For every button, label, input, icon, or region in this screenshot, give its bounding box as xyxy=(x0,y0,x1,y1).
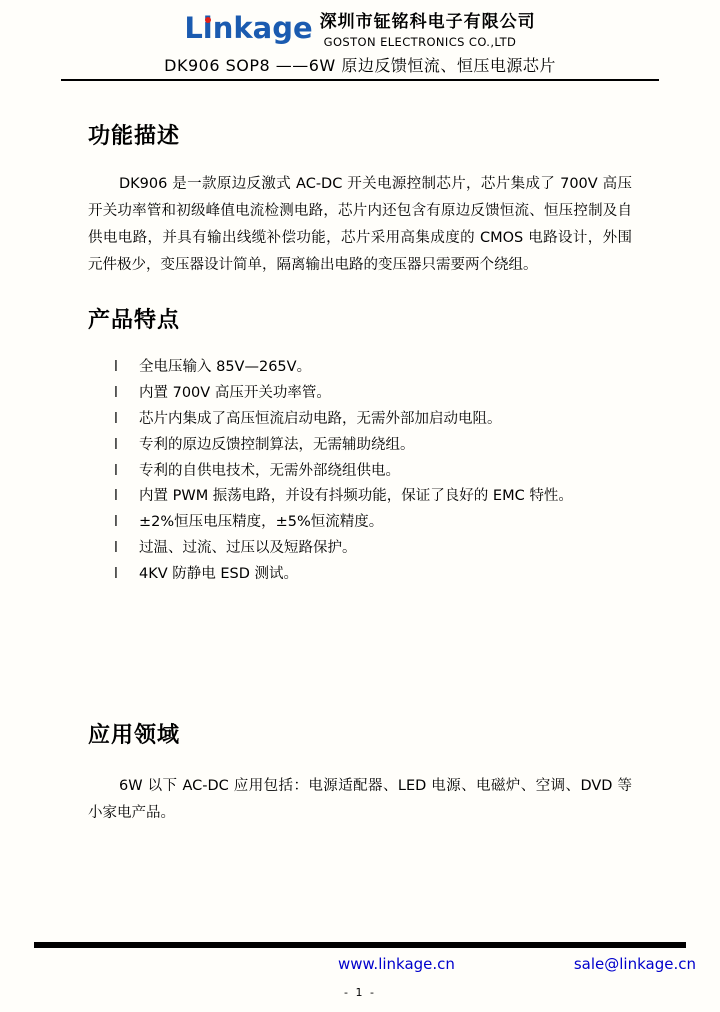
company-name-en: GOSTON ELECTRONICS CO.,LTD xyxy=(320,35,536,49)
content: 功能描述 DK906 是一款原边反激式 AC-DC 开关电源控制芯片，芯片集成了… xyxy=(0,119,720,826)
email-link[interactable]: sale@linkage.cn xyxy=(574,955,696,973)
feature-item: l专利的原边反馈控制算法，无需辅助绕组。 xyxy=(88,433,632,459)
bullet-marker: l xyxy=(114,484,139,510)
feature-text: 芯片内集成了高压恒流启动电路，无需外部加启动电阻。 xyxy=(139,407,502,433)
website-link[interactable]: www.linkage.cn xyxy=(338,955,455,973)
company-name-cn: 深圳市钲铭科电子有限公司 xyxy=(320,12,536,32)
applications-paragraph: 6W 以下 AC-DC 应用包括：电源适配器、LED 电源、电磁炉、空调、DVD… xyxy=(88,773,632,827)
document-title: DK906 SOP8 ——6W 原边反馈恒流、恒压电源芯片 xyxy=(0,53,720,76)
feature-item: l±2%恒压电压精度，±5%恒流精度。 xyxy=(88,510,632,536)
feature-text: ±2%恒压电压精度，±5%恒流精度。 xyxy=(139,510,383,536)
function-description-paragraph: DK906 是一款原边反激式 AC-DC 开关电源控制芯片，芯片集成了 700V… xyxy=(88,171,632,279)
bullet-marker: l xyxy=(114,381,139,407)
feature-item: l专利的自供电技术，无需外部绕组供电。 xyxy=(88,459,632,485)
section-heading-applications: 应用领域 xyxy=(88,718,632,749)
feature-item: l内置 PWM 振荡电路，并设有抖频功能，保证了良好的 EMC 特性。 xyxy=(88,484,632,510)
feature-item: l芯片内集成了高压恒流启动电路，无需外部加启动电阻。 xyxy=(88,407,632,433)
feature-item: l过温、过流、过压以及短路保护。 xyxy=(88,536,632,562)
feature-text: 专利的原边反馈控制算法，无需辅助绕组。 xyxy=(139,433,415,459)
page-number: - 1 - xyxy=(0,986,720,999)
bullet-marker: l xyxy=(114,536,139,562)
feature-text: 专利的自供电技术，无需外部绕组供电。 xyxy=(139,459,400,485)
footer-divider xyxy=(34,942,686,948)
feature-text: 内置 PWM 振荡电路，并设有抖频功能，保证了良好的 EMC 特性。 xyxy=(139,484,573,510)
company-block: 深圳市钲铭科电子有限公司 GOSTON ELECTRONICS CO.,LTD xyxy=(320,8,536,49)
feature-text: 过温、过流、过压以及短路保护。 xyxy=(139,536,357,562)
section-heading-features: 产品特点 xyxy=(88,303,632,334)
logo-text: Linkage xyxy=(184,11,312,45)
footer: www.linkage.cn sale@linkage.cn - 1 - xyxy=(0,942,720,999)
bullet-marker: l xyxy=(114,562,139,588)
footer-links: www.linkage.cn sale@linkage.cn xyxy=(0,955,720,977)
datasheet-page: Linkage 深圳市钲铭科电子有限公司 GOSTON ELECTRONICS … xyxy=(0,0,720,1012)
bullet-marker: l xyxy=(114,510,139,536)
feature-text: 内置 700V 高压开关功率管。 xyxy=(139,381,331,407)
bullet-marker: l xyxy=(114,459,139,485)
bullet-marker: l xyxy=(114,355,139,381)
header: Linkage 深圳市钲铭科电子有限公司 GOSTON ELECTRONICS … xyxy=(0,0,720,49)
feature-item: l全电压输入 85V—265V。 xyxy=(88,355,632,381)
bullet-marker: l xyxy=(114,407,139,433)
linkage-logo: Linkage xyxy=(184,8,312,45)
feature-text: 4KV 防静电 ESD 测试。 xyxy=(139,562,298,588)
bullet-marker: l xyxy=(114,433,139,459)
section-heading-function: 功能描述 xyxy=(88,119,632,150)
title-divider xyxy=(61,79,659,81)
feature-item: l内置 700V 高压开关功率管。 xyxy=(88,381,632,407)
feature-item: l4KV 防静电 ESD 测试。 xyxy=(88,562,632,588)
feature-list: l全电压输入 85V—265V。 l内置 700V 高压开关功率管。 l芯片内集… xyxy=(88,355,632,587)
feature-text: 全电压输入 85V—265V。 xyxy=(139,355,311,381)
